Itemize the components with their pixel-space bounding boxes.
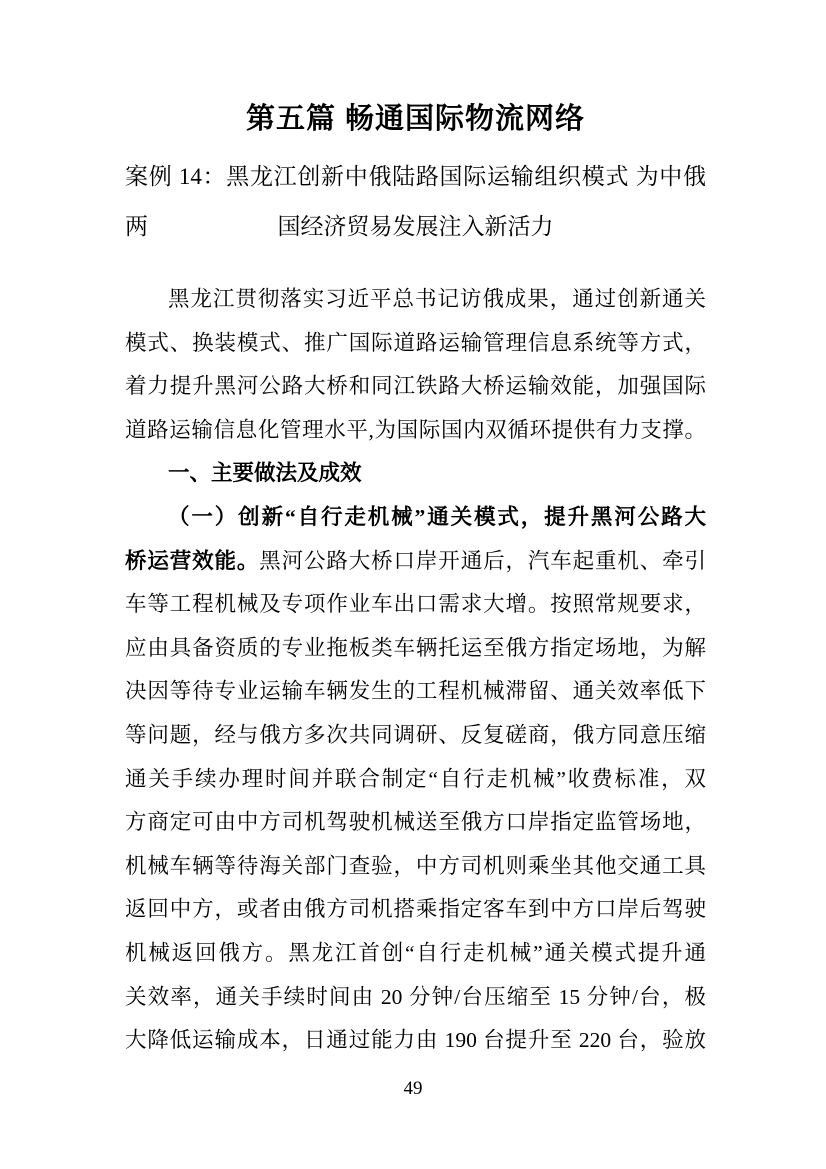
paragraph-line: 关效率，通关手续时间由 20 分钟/台压缩至 15 分钟/台，极 [125, 976, 706, 1020]
paragraph-line: 等问题，经与俄方多次共同调研、反复磋商，俄方同意压缩 [125, 714, 706, 758]
case-subtitle-line: 国经济贸易发展注入新活力 [125, 202, 706, 252]
paragraph-line: 应由具备资质的专业拖板类车辆托运至俄方指定场地，为解 [125, 627, 706, 671]
subsection-title-line: （一）创新“自行走机械”通关模式，提升黑河公路大 [125, 496, 706, 540]
paragraph-line: 大降低运输成本，日通过能力由 190 台提升至 220 台，验放 [125, 1019, 706, 1063]
paragraph-line: 道路运输信息化管理水平,为国际国内双循环提供有力支撑。 [125, 409, 706, 453]
body-text: 黑龙江贯彻落实习近平总书记访俄成果，通过创新通关 模式、换装模式、推广国际道路运… [125, 278, 706, 1063]
paragraph-line: 桥运营效能。黑河公路大桥口岸开通后，汽车起重机、牵引 [125, 540, 706, 584]
paragraph-line: 机械车辆等待海关部门查验，中方司机则乘坐其他交通工具 [125, 845, 706, 889]
document-title: 第五篇 畅通国际物流网络 [125, 98, 706, 140]
paragraph-line: 模式、换装模式、推广国际道路运输管理信息系统等方式， [125, 322, 706, 366]
paragraph-line: 黑龙江贯彻落实习近平总书记访俄成果，通过创新通关 [125, 278, 706, 322]
page-number: 49 [0, 1076, 826, 1102]
document-page: 第五篇 畅通国际物流网络 案例 14：黑龙江创新中俄陆路国际运输组织模式 为中俄… [0, 0, 826, 1169]
text-column: 第五篇 畅通国际物流网络 案例 14：黑龙江创新中俄陆路国际运输组织模式 为中俄… [125, 0, 706, 1063]
case-subtitle-line: 案例 14：黑龙江创新中俄陆路国际运输组织模式 为中俄两 [125, 152, 706, 202]
paragraph-line: 机械返回俄方。黑龙江首创“自行走机械”通关模式提升通 [125, 932, 706, 976]
paragraph-line: 着力提升黑河公路大桥和同江铁路大桥运输效能，加强国际 [125, 365, 706, 409]
paragraph-line: 方商定可由中方司机驾驶机械送至俄方口岸指定监管场地， [125, 801, 706, 845]
paragraph-line: 车等工程机械及专项作业车出口需求大增。按照常规要求， [125, 583, 706, 627]
case-subtitle: 案例 14：黑龙江创新中俄陆路国际运输组织模式 为中俄两 国经济贸易发展注入新活… [125, 152, 706, 252]
paragraph-line: 决因等待专业运输车辆发生的工程机械滞留、通关效率低下 [125, 670, 706, 714]
subsection-title-line: 桥运营效能。 [125, 549, 259, 573]
paragraph-line: 通关手续办理时间并联合制定“自行走机械”收费标准，双 [125, 758, 706, 802]
section-heading: 一、主要做法及成效 [125, 452, 706, 496]
paragraph-text: 黑河公路大桥口岸开通后，汽车起重机、牵引 [259, 549, 706, 573]
paragraph-line: 返回中方，或者由俄方司机搭乘指定客车到中方口岸后驾驶 [125, 888, 706, 932]
